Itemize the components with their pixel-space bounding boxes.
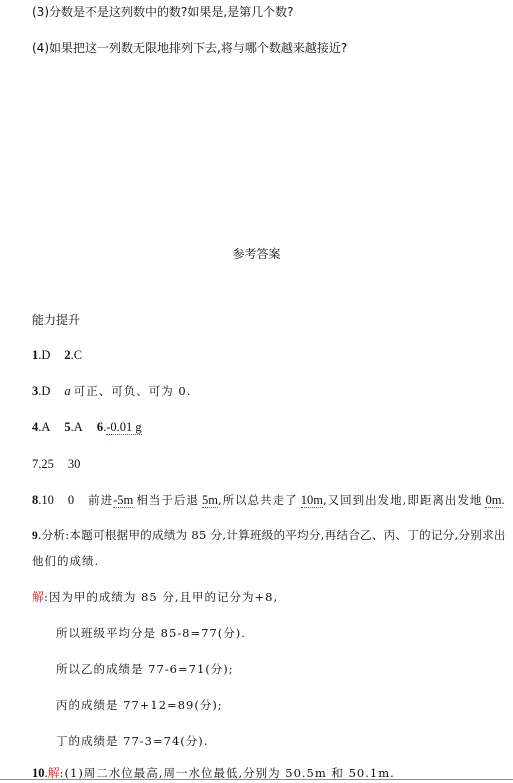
answer-9-analysis: 9.分析:本题可根据甲的成绩为 85 分,计算班级的平均分,再结合乙、丙、丁的记… [32, 527, 506, 544]
answer-value: .C [71, 348, 82, 362]
solution-label: 解 [32, 590, 44, 604]
variable-a: a [64, 384, 70, 398]
answer-text: ,所以总共走了 [218, 493, 298, 507]
answer-value: 30 [68, 457, 81, 471]
answer-text: 相当于后退 [136, 493, 199, 507]
answer-7: 7.2530 [32, 456, 80, 472]
answer-value: .A [71, 420, 83, 434]
solution-line-2: 所以班级平均分是 85-8=77(分). [56, 625, 246, 641]
solution-line-1: 解:因为甲的成绩为 85 分,且甲的记分为+8, [32, 589, 278, 605]
answer-3: 3.Da 可正、可负、可为 0. [32, 383, 191, 399]
page-bottom-rule [0, 779, 513, 780]
solution-text: :因为甲的成绩为 85 分,且甲的记分为+8, [44, 590, 278, 604]
answers-title: 参考答案 [0, 246, 513, 262]
solution-line-3: 所以乙的成绩是 77-6=71(分); [56, 661, 234, 677]
answer-value: .10 [38, 493, 54, 507]
answer-value: .D [38, 384, 50, 398]
answer-1-2: 1.D2.C [32, 347, 82, 363]
solution-line-5: 丁的成绩是 77-3=74(分). [56, 733, 208, 749]
answer-value: .A [38, 420, 50, 434]
answer-value: .D [38, 348, 50, 362]
underlined-value: -5m [113, 493, 133, 508]
solution-line-4: 丙的成绩是 77+12=89(分); [56, 697, 223, 713]
solution-label: 解 [48, 766, 60, 780]
answer-number: 10 [32, 766, 45, 780]
section-title: 能力提升 [32, 312, 80, 328]
question-3: (3)分数是不是这列数中的数?如果是,是第几个数? [32, 4, 294, 20]
answer-value: -0.01 g [106, 420, 141, 435]
underlined-value: 5m [202, 493, 218, 508]
answer-text: ,又回到出发地,即距离出发地 [323, 493, 482, 507]
answer-8: 8.100前进-5m 相当于后退 5m,所以总共走了 10m,又回到出发地,即距… [32, 492, 505, 508]
underlined-value: 0m [485, 493, 501, 508]
underlined-value: 10m [301, 493, 323, 508]
answer-4-5-6: 4.A5.A6.-0.01 g [32, 419, 142, 435]
period: . [501, 493, 504, 507]
answer-value: 0 [68, 493, 74, 507]
analysis-text: .分析:本题可根据甲的成绩为 85 分,计算班级的平均分,再结合乙、丙、丁的记分… [38, 528, 506, 542]
answer-text: 前进 [88, 493, 113, 507]
answer-text: 可正、可负、可为 0. [74, 384, 192, 398]
question-4: (4)如果把这一列数无限地排列下去,将与哪个数越来越接近? [32, 40, 347, 56]
answer-text: :(1)周二水位最高,周一水位最低,分别为 50.5m 和 50.1m. [60, 766, 395, 780]
answer-value: 7.25 [32, 457, 54, 471]
answer-9-analysis-cont: 他们的成绩. [32, 553, 99, 569]
